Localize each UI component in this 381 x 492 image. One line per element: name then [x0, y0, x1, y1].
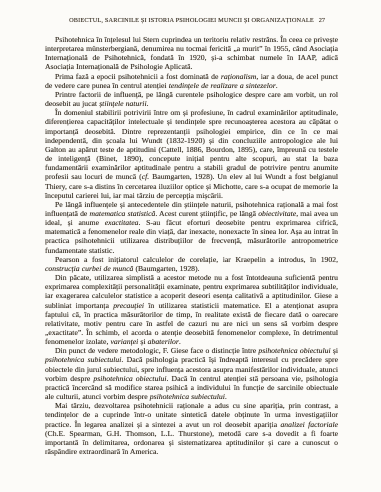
text-run: și [138, 337, 147, 346]
italic-text-run: științele naturii [99, 99, 146, 108]
italic-text-run: varianței [111, 337, 139, 346]
italic-text-run: exactitatea [105, 218, 139, 227]
italic-text-run: analizei factoriale [280, 420, 338, 429]
text-run: . [276, 81, 278, 90]
text-run: În domeniul stabilirii potrivirii între … [45, 108, 338, 181]
paragraph: Prima fază a epocii psihotehnicii a fost… [45, 72, 338, 90]
text-run: Printre factorii de influență, pe lângă … [45, 90, 338, 108]
text-run: Prima fază a epocii psihotehnicii a fost… [55, 72, 221, 81]
text-run: Din punct de vedere metodologic, F. Gies… [55, 346, 258, 355]
book-page: OBIECTUL, SARCINILE ȘI ISTORIA PSIHOLOGI… [0, 0, 381, 492]
text-run: . [179, 337, 181, 346]
text-run: . [225, 392, 227, 401]
text-run: . [147, 99, 149, 108]
text-run: (Ch.E. Spearman, G.H. Thomson, L.L. Thur… [45, 429, 338, 456]
page-number: 27 [319, 17, 325, 24]
italic-text-run: psihotehnica subiectului [150, 392, 225, 401]
italic-text-run: construcția curbei de muncă [45, 264, 133, 273]
page-header: OBIECTUL, SARCINILE ȘI ISTORIA PSIHOLOGI… [45, 17, 338, 24]
italic-text-run: tendințele de realizare a sintezelor [169, 81, 276, 90]
running-head-title: OBIECTUL, SARCINILE ȘI ISTORIA PSIHOLOGI… [69, 17, 314, 24]
text-run: Psihotehnica în înțelesul lui Stern cupr… [45, 35, 338, 71]
paragraph: Printre factorii de influență, pe lângă … [45, 90, 338, 108]
paragraph: Din păcate, utilizarea simplistă a acest… [45, 273, 338, 346]
paragraph: Mai târziu, dezvoltarea psihotehnicii ra… [45, 401, 338, 456]
italic-text-run: precauției [113, 301, 144, 310]
text-run: Pearson a fost inițiatorul calculelor de… [55, 255, 338, 264]
text-run: (Baumgarten, 1928). [133, 264, 199, 273]
italic-text-run: psihotehnica subiectului [45, 355, 121, 364]
italic-text-run: matematica statistică [90, 209, 156, 218]
italic-text-run: raționalism [221, 72, 256, 81]
text-run: și [331, 346, 338, 355]
paragraph: În domeniul stabilirii potrivirii între … [45, 108, 338, 200]
paragraph: Pe lângă influențele și antecedentele di… [45, 200, 338, 255]
text-block: Psihotehnica în înțelesul lui Stern cupr… [45, 35, 338, 456]
italic-text-run: obiectivitate [258, 209, 296, 218]
paragraph: Din punct de vedere metodologic, F. Gies… [45, 346, 338, 401]
paragraph: Pearson a fost inițiatorul calculelor de… [45, 255, 338, 273]
italic-text-run: psihotehnica obiectului [258, 346, 330, 355]
italic-text-run: psihotehnica obiectului [93, 374, 166, 383]
text-run: . Acest curent științific, pe lângă [155, 209, 258, 218]
italic-text-run: abaterilor [148, 337, 179, 346]
paragraph: Psihotehnica în înțelesul lui Stern cupr… [45, 35, 338, 72]
